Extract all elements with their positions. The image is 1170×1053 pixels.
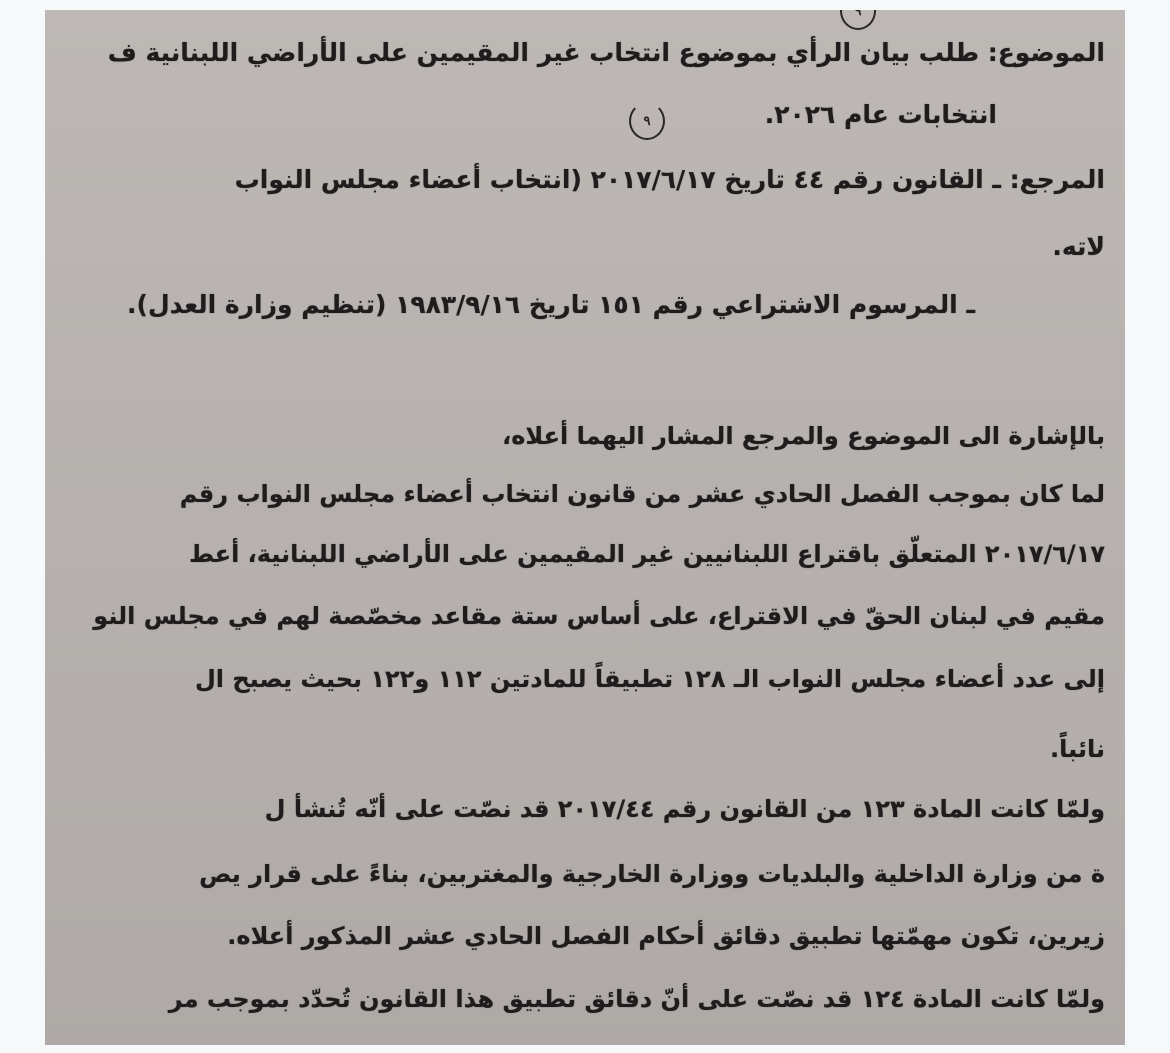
body-line: مقيم في لبنان الحقّ في الاقتراع، على أسا… — [93, 602, 1105, 630]
reference-line-continued: لاته. — [1052, 232, 1105, 261]
body-line: نائباً. — [1050, 735, 1105, 763]
handwritten-circled-mark: ٩ — [840, 10, 876, 30]
body-line: زيرين، تكون مهمّتها تطبيق دقائق أحكام ال… — [227, 922, 1105, 950]
body-line: ولمّا كانت المادة ١٢٤ قد نصّت على أنّ دق… — [169, 985, 1105, 1013]
subject-line-continued: انتخابات عام ٢٠٢٦. — [765, 100, 997, 129]
body-line: ٢٠١٧/٦/١٧ المتعلّق باقتراع اللبنانيين غي… — [189, 540, 1105, 568]
document-photo: ٩ الموضوع: طلب بيان الرأي بموضوع انتخاب … — [45, 10, 1125, 1045]
body-heading: بالإشارة الى الموضوع والمرجع المشار اليه… — [502, 422, 1105, 450]
body-line: إلى عدد أعضاء مجلس النواب الـ ١٢٨ تطبيقا… — [195, 665, 1105, 693]
subject-line: الموضوع: طلب بيان الرأي بموضوع انتخاب غي… — [108, 38, 1105, 67]
reference-item-2: ـ المرسوم الاشتراعي رقم ١٥١ تاريخ ١٩٨٣/٩… — [127, 290, 975, 319]
body-line: لما كان بموجب الفصل الحادي عشر من قانون … — [180, 480, 1105, 508]
reference-line: المرجع: ـ القانون رقم ٤٤ تاريخ ٢٠١٧/٦/١٧… — [235, 165, 1105, 194]
body-line: ة من وزارة الداخلية والبلديات ووزارة الخ… — [199, 860, 1105, 888]
body-line: ولمّا كانت المادة ١٢٣ من القانون رقم ٢٠١… — [265, 795, 1105, 823]
handwritten-circled-mark: ٩ — [629, 102, 665, 140]
